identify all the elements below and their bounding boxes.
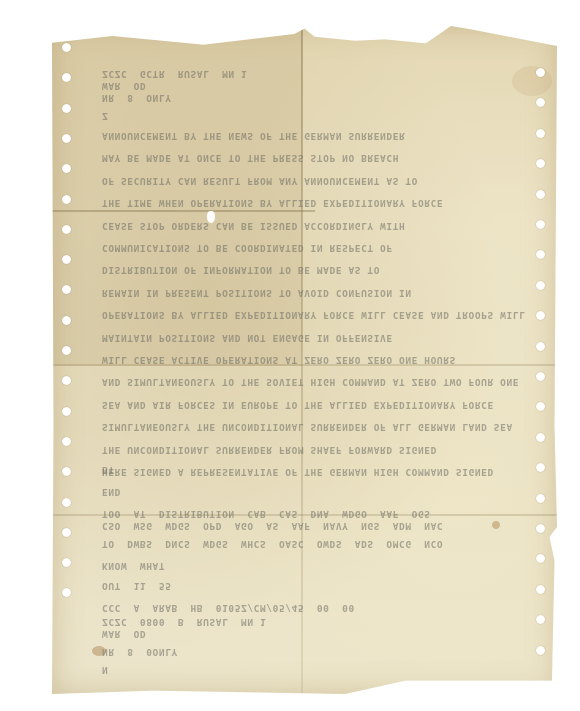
feed-hole [62, 437, 71, 446]
text-line: REMAIN IN PRESENT POSITIONS TO AVOID CON… [102, 287, 412, 298]
text-line: OF SECURITY CAN RESULT FROM ANY ANNOUNCE… [102, 175, 418, 186]
text-line: NR 8 0ONLY [102, 646, 178, 657]
feed-hole [536, 250, 545, 259]
feed-hole [62, 407, 71, 416]
text-line: ZCZC GCTR RUSAL MN 1 [102, 68, 247, 79]
text-line: WAR OD [102, 80, 146, 91]
text-line: AND SIMULTANEOUSLY TO THE SOVIET HIGH CO… [102, 376, 519, 387]
text-line: KNOW WHAT [102, 560, 165, 571]
feed-hole [536, 311, 545, 320]
text-line: CCC A ARAB HB 0105Z/CM/05/45 00 00 [102, 602, 355, 613]
text-line: SIMULTANEOUSLY THE UNCONDITIONAL SURREND… [102, 421, 513, 432]
text-line: OPERATIONS BY ALLIED EXPEDITIONARY FORCE… [102, 309, 525, 320]
feed-hole [536, 646, 545, 655]
feed-hole [62, 376, 71, 385]
feed-hole [62, 528, 71, 537]
text-line: ANNOUNCEMENT BY THE NEWS OF THE GERMAN S… [102, 130, 405, 141]
text-line: CSO WSG WDGS OPD AGO AS AAF NAVY NGS ADM… [102, 520, 443, 531]
text-line: MAINTAIN POSITIONS AND NOT ENGAGE IN OFF… [102, 332, 393, 343]
text-line: WAR OD [102, 628, 146, 639]
text-line: CEASE STOP ORDERS CAN BE ISSUED ACCORDIN… [102, 220, 405, 231]
text-line: DISTRIBUTION OF INFORMATION TO BE MADE A… [102, 264, 380, 275]
feed-hole [536, 68, 545, 77]
feed-hole [536, 159, 545, 168]
text-line: SEA AND AIR FORCES IN EUROPE TO THE ALLI… [102, 399, 494, 410]
feed-hole [62, 225, 71, 234]
text-line: WILL CEASE ACTIVE OPERATIONS AT ZERO ZER… [102, 354, 456, 365]
feed-hole [536, 129, 545, 138]
text-line: TO DWBS DNCS WDGS WHCS OASC OWDS ADS OMC… [102, 538, 443, 549]
text-line: OUT 11 55 [102, 580, 172, 591]
feed-hole [536, 342, 545, 351]
feed-hole [536, 433, 545, 442]
text-line: N [102, 664, 108, 675]
feed-hole [536, 220, 545, 229]
feed-hole [62, 498, 71, 507]
feed-hole [536, 98, 545, 107]
feed-hole [536, 494, 545, 503]
text-line: HERE SIGNED A REPRESENTATIVE OF THE GERM… [102, 466, 494, 477]
left-feed-holes [62, 0, 72, 711]
feed-hole [62, 285, 71, 294]
feed-hole [536, 372, 545, 381]
feed-hole [536, 463, 545, 472]
stain [512, 66, 552, 96]
text-line: BT [102, 464, 115, 475]
feed-hole [62, 164, 71, 173]
feed-hole [62, 195, 71, 204]
feed-hole [62, 558, 71, 567]
text-line: MAY BE MADE AT ONCE TO THE PRESS STOP NO… [102, 152, 399, 163]
right-feed-holes [536, 0, 546, 711]
feed-hole [536, 524, 545, 533]
feed-hole [62, 467, 71, 476]
text-line: COMMUNICATIONS TO BE COORDINATED IN RESP… [102, 242, 393, 253]
feed-hole [62, 588, 71, 597]
text-line: TOO AT DISTRIBUTION CAB CAS DNA WDGO AAF… [102, 508, 431, 519]
text-line: END [102, 486, 121, 497]
feed-hole [536, 615, 545, 624]
text-line: THE UNCONDITIONAL SURRENDER FROM SHAEF F… [102, 444, 437, 455]
text-line: NR 8 ONLY [102, 92, 172, 103]
feed-hole [62, 255, 71, 264]
feed-hole [62, 316, 71, 325]
feed-hole [62, 134, 71, 143]
feed-hole [536, 281, 545, 290]
stain [492, 521, 500, 529]
feed-hole [536, 402, 545, 411]
feed-hole [536, 554, 545, 563]
text-line: THE TIME WHEN OPERATIONS BY ALLIED EXPED… [102, 197, 443, 208]
feed-hole [62, 346, 71, 355]
feed-hole [536, 585, 545, 594]
feed-hole [62, 73, 71, 82]
text-line: ZCZC 0800 B RUSAL MN 1 [102, 616, 266, 627]
feed-hole [62, 104, 71, 113]
horizontal-fold-crease [52, 210, 315, 212]
text-line: Z [102, 110, 108, 121]
feed-hole [62, 43, 71, 52]
feed-hole [536, 190, 545, 199]
